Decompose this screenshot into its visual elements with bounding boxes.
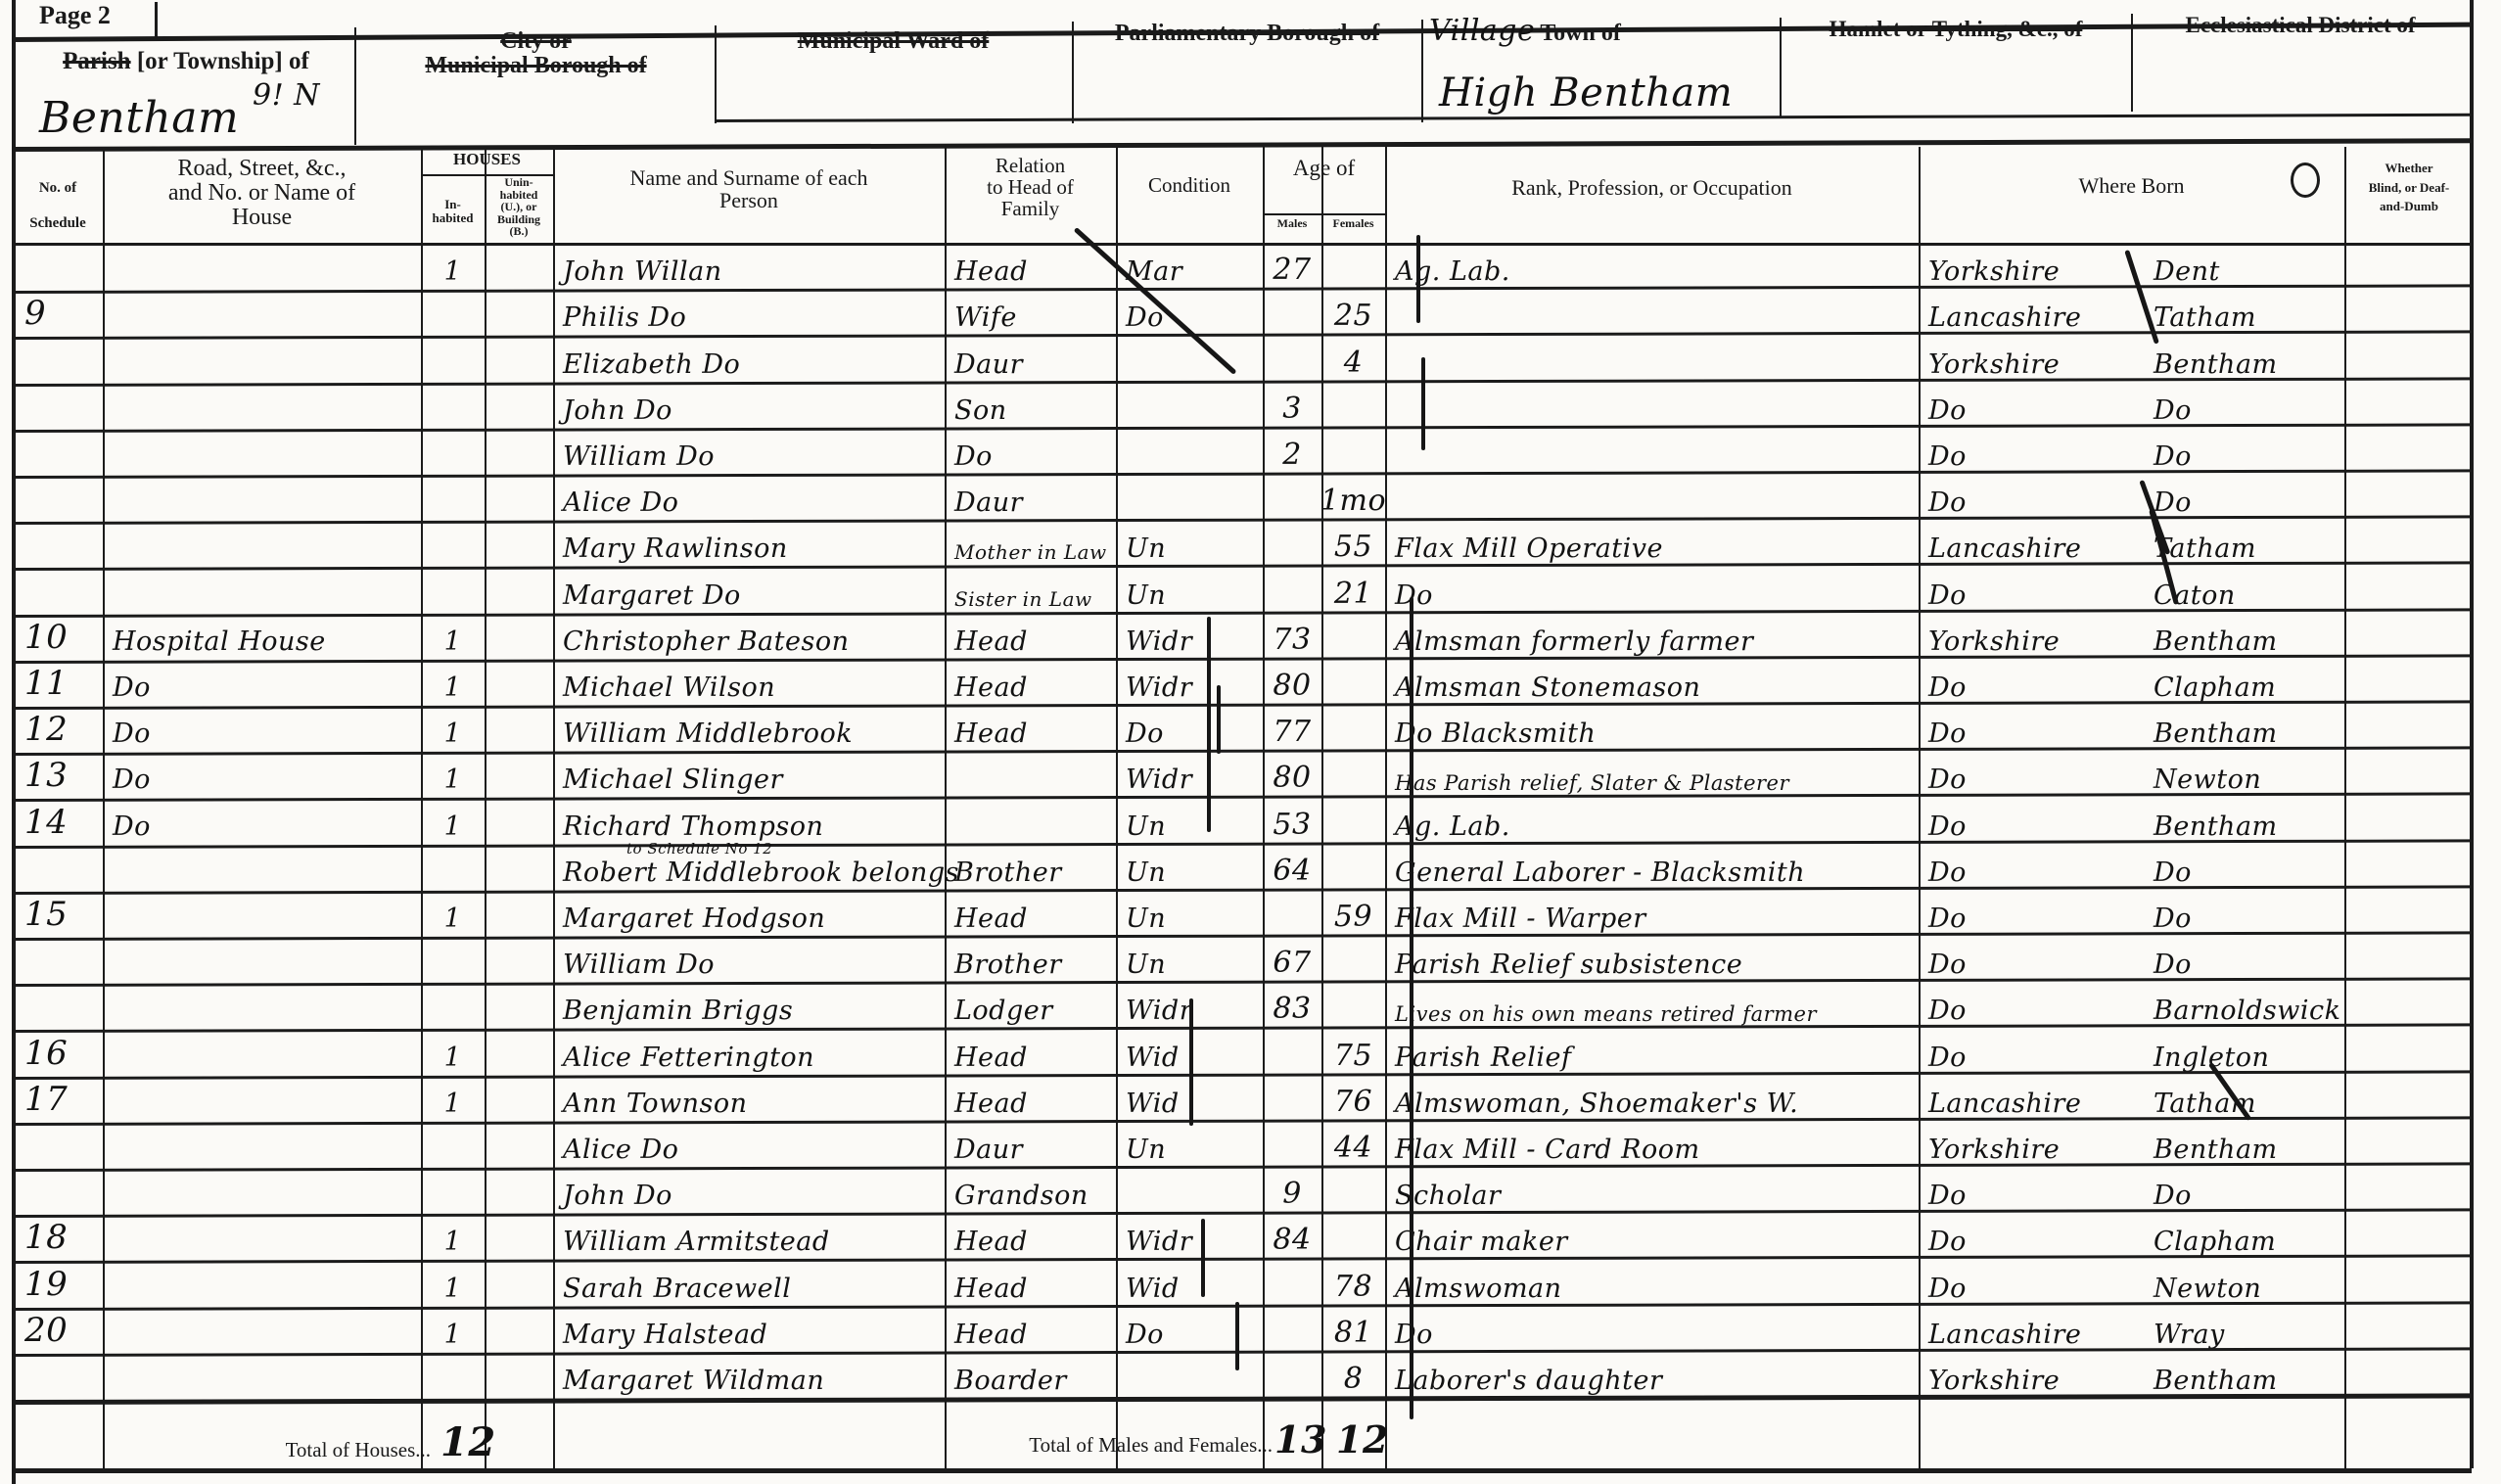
town-label-text: Town of bbox=[1540, 21, 1620, 46]
divider bbox=[354, 27, 356, 145]
cell-inhabited: 1 bbox=[421, 1215, 485, 1261]
cell-condition: Do bbox=[1116, 707, 1263, 753]
town-value: High Bentham bbox=[1439, 70, 1733, 116]
cell-name: Elizabeth Do bbox=[553, 337, 945, 383]
cell-county: Do bbox=[1919, 384, 2144, 430]
cell-road: Do bbox=[103, 661, 421, 707]
cell-uninhab bbox=[485, 846, 553, 892]
cell-road bbox=[103, 846, 421, 892]
cell-schedule: 20 bbox=[15, 1308, 103, 1354]
cell-occupation: Parish Relief subsistence bbox=[1385, 938, 1919, 984]
divider bbox=[715, 25, 717, 123]
cell-uninhab bbox=[485, 707, 553, 753]
divider bbox=[1421, 20, 1423, 122]
cell-relation: Do bbox=[945, 430, 1116, 476]
cell-male: 2 bbox=[1263, 430, 1321, 476]
cell-uninhab bbox=[485, 799, 553, 845]
col-inhabited: In-habited bbox=[421, 198, 485, 224]
cell-uninhab bbox=[485, 245, 553, 291]
cell-female bbox=[1321, 384, 1385, 430]
cell-inhabited: 1 bbox=[421, 707, 485, 753]
cell-male: 3 bbox=[1263, 384, 1321, 430]
cell-inhabited bbox=[421, 1123, 485, 1169]
city-label: City or Municipal Borough of bbox=[362, 29, 710, 78]
ecclesiastical-label: Ecclesiastical District of bbox=[2134, 14, 2467, 37]
cell-uninhab bbox=[485, 1215, 553, 1261]
cell-relation: Mother in Law bbox=[945, 522, 1116, 568]
cell-schedule bbox=[15, 984, 103, 1030]
cell-condition bbox=[1116, 430, 1263, 476]
cell-county: Do bbox=[1919, 1169, 2144, 1215]
cell-inhabited: 1 bbox=[421, 799, 485, 845]
col-name: Name and Surname of eachPerson bbox=[553, 166, 945, 211]
col-relation: Relationto Head ofFamily bbox=[945, 155, 1116, 219]
cell-relation: Daur bbox=[945, 337, 1116, 383]
cell-uninhab bbox=[485, 938, 553, 984]
cell-place: Bentham bbox=[2144, 799, 2344, 845]
cell-county: Lancashire bbox=[1919, 1308, 2144, 1354]
cell-relation bbox=[945, 753, 1116, 799]
cell-place: Bentham bbox=[2144, 337, 2344, 383]
cell-road bbox=[103, 1215, 421, 1261]
cell-male: 73 bbox=[1263, 615, 1321, 661]
cell-condition: Un bbox=[1116, 568, 1263, 614]
cell-female bbox=[1321, 1215, 1385, 1261]
col-uninhabited: Unin-habited(U.), orBuilding(B.) bbox=[485, 176, 553, 238]
cell-relation: Sister in Law bbox=[945, 568, 1116, 614]
cell-condition bbox=[1116, 384, 1263, 430]
cell-road bbox=[103, 245, 421, 291]
total-females-value: 12 bbox=[1336, 1417, 1389, 1461]
cell-relation: Head bbox=[945, 892, 1116, 938]
page-bracket bbox=[147, 2, 158, 37]
parish-label-rest: [or Township] of bbox=[137, 48, 309, 74]
cell-male bbox=[1263, 1354, 1321, 1400]
check-bar bbox=[1235, 1302, 1239, 1370]
cell-occupation: Ag. Lab. bbox=[1385, 245, 1919, 291]
cell-road bbox=[103, 291, 421, 337]
cell-relation: Grandson bbox=[945, 1169, 1116, 1215]
cell-schedule: 16 bbox=[15, 1030, 103, 1076]
cell-male: 27 bbox=[1263, 245, 1321, 291]
cell-occupation: Almsman formerly farmer bbox=[1385, 615, 1919, 661]
cell-county: Do bbox=[1919, 846, 2144, 892]
cell-county: Do bbox=[1919, 476, 2144, 522]
total-houses-label: Total of Houses... bbox=[147, 1439, 431, 1461]
cell-uninhab bbox=[485, 476, 553, 522]
cell-condition: Un bbox=[1116, 846, 1263, 892]
cell-occupation bbox=[1385, 337, 1919, 383]
cell-name: Benjamin Briggs bbox=[553, 984, 945, 1030]
cell-relation: Head bbox=[945, 1077, 1116, 1123]
cell-relation: Head bbox=[945, 1308, 1116, 1354]
col-females: Females bbox=[1321, 217, 1385, 230]
cell-condition: Do bbox=[1116, 1308, 1263, 1354]
check-bar bbox=[1189, 998, 1193, 1126]
cell-county: Yorkshire bbox=[1919, 1354, 2144, 1400]
cell-schedule bbox=[15, 337, 103, 383]
cell-male bbox=[1263, 1077, 1321, 1123]
cell-inhabited bbox=[421, 522, 485, 568]
col-males: Males bbox=[1263, 217, 1321, 230]
cell-name: Margaret Wildman bbox=[553, 1354, 945, 1400]
cell-occupation: Flax Mill - Card Room bbox=[1385, 1123, 1919, 1169]
cell-name: Mary Rawlinson bbox=[553, 522, 945, 568]
cell-occupation: Has Parish relief, Slater & Plasterer bbox=[1385, 753, 1919, 799]
cell-schedule bbox=[15, 1123, 103, 1169]
check-bar bbox=[1207, 617, 1211, 832]
col-age: Age of bbox=[1263, 157, 1385, 180]
cell-female bbox=[1321, 938, 1385, 984]
cell-occupation bbox=[1385, 430, 1919, 476]
cell-relation: Head bbox=[945, 661, 1116, 707]
cell-relation: Head bbox=[945, 1215, 1116, 1261]
cell-name: John Do bbox=[553, 384, 945, 430]
cell-schedule: 10 bbox=[15, 615, 103, 661]
cell-female: 81 bbox=[1321, 1308, 1385, 1354]
cell-road bbox=[103, 384, 421, 430]
cell-male: 64 bbox=[1263, 846, 1321, 892]
cell-road bbox=[103, 938, 421, 984]
cell-road bbox=[103, 1308, 421, 1354]
total-houses-value: 12 bbox=[440, 1419, 496, 1465]
cell-county: Do bbox=[1919, 430, 2144, 476]
cell-inhabited bbox=[421, 291, 485, 337]
col-occupation: Rank, Profession, or Occupation bbox=[1385, 176, 1919, 199]
cell-name: Michael Slinger bbox=[553, 753, 945, 799]
cell-condition: Un bbox=[1116, 522, 1263, 568]
cell-name: William Middlebrook bbox=[553, 707, 945, 753]
cell-place: Newton bbox=[2144, 1261, 2344, 1307]
cell-schedule bbox=[15, 384, 103, 430]
header-rule bbox=[12, 138, 2472, 152]
cell-relation: Head bbox=[945, 615, 1116, 661]
check-bar bbox=[1217, 685, 1221, 754]
cell-condition bbox=[1116, 1169, 1263, 1215]
cell-road bbox=[103, 1077, 421, 1123]
cell-name: William Do bbox=[553, 430, 945, 476]
cell-road bbox=[103, 430, 421, 476]
cell-male bbox=[1263, 291, 1321, 337]
cell-uninhab bbox=[485, 430, 553, 476]
cell-inhabited: 1 bbox=[421, 1030, 485, 1076]
cell-road bbox=[103, 984, 421, 1030]
cell-schedule: 14 bbox=[15, 799, 103, 845]
cell-relation: Head bbox=[945, 245, 1116, 291]
cell-county: Do bbox=[1919, 1215, 2144, 1261]
cell-occupation: Chair maker bbox=[1385, 1215, 1919, 1261]
divider bbox=[1780, 18, 1782, 117]
parish-value: Bentham bbox=[39, 93, 239, 143]
cell-schedule bbox=[15, 568, 103, 614]
parliamentary-label: Parliamentary Borough of bbox=[1075, 22, 1419, 46]
cell-inhabited bbox=[421, 337, 485, 383]
cell-county: Yorkshire bbox=[1919, 337, 2144, 383]
cell-male bbox=[1263, 522, 1321, 568]
cell-occupation: Parish Relief bbox=[1385, 1030, 1919, 1076]
cell-female bbox=[1321, 245, 1385, 291]
census-page: Page 2 Parish [or Township] of Bentham 9… bbox=[0, 0, 2501, 1484]
cell-inhabited: 1 bbox=[421, 661, 485, 707]
cell-condition: Un bbox=[1116, 892, 1263, 938]
cell-inhabited: 1 bbox=[421, 1077, 485, 1123]
cell-occupation: Flax Mill - Warper bbox=[1385, 892, 1919, 938]
cell-occupation: Do Blacksmith bbox=[1385, 707, 1919, 753]
cell-condition: Un bbox=[1116, 938, 1263, 984]
cell-male: 67 bbox=[1263, 938, 1321, 984]
cell-occupation bbox=[1385, 291, 1919, 337]
circle-mark-icon bbox=[2291, 162, 2320, 198]
cell-occupation: Scholar bbox=[1385, 1169, 1919, 1215]
cell-condition: Widr bbox=[1116, 615, 1263, 661]
cell-name: Alice Do bbox=[553, 1123, 945, 1169]
cell-uninhab bbox=[485, 1123, 553, 1169]
cell-road bbox=[103, 476, 421, 522]
cell-road bbox=[103, 892, 421, 938]
cell-male bbox=[1263, 337, 1321, 383]
cell-female bbox=[1321, 753, 1385, 799]
col-where-born: Where Born bbox=[1919, 174, 2344, 197]
cell-schedule bbox=[15, 430, 103, 476]
cell-place: Do bbox=[2144, 846, 2344, 892]
cell-male bbox=[1263, 1030, 1321, 1076]
cell-occupation: Almswoman bbox=[1385, 1261, 1919, 1307]
cell-schedule bbox=[15, 846, 103, 892]
cell-occupation: Do bbox=[1385, 568, 1919, 614]
cell-relation: Son bbox=[945, 384, 1116, 430]
cell-name: Christopher Bateson bbox=[553, 615, 945, 661]
cell-schedule: 15 bbox=[15, 892, 103, 938]
cell-name: Mary Halstead bbox=[553, 1308, 945, 1354]
name-note: to Schedule No 12 bbox=[626, 840, 772, 858]
cell-female: 59 bbox=[1321, 892, 1385, 938]
cell-inhabited bbox=[421, 430, 485, 476]
cell-female bbox=[1321, 846, 1385, 892]
cell-uninhab bbox=[485, 892, 553, 938]
parish-struck-word: Parish bbox=[63, 48, 130, 74]
cell-inhabited bbox=[421, 984, 485, 1030]
col-schedule: No. ofSchedule bbox=[15, 181, 101, 232]
col-condition: Condition bbox=[1116, 174, 1263, 196]
cell-condition: Wid bbox=[1116, 1261, 1263, 1307]
cell-schedule: 17 bbox=[15, 1077, 103, 1123]
cell-relation: Daur bbox=[945, 476, 1116, 522]
cell-inhabited bbox=[421, 568, 485, 614]
cell-schedule: 12 bbox=[15, 707, 103, 753]
cell-female bbox=[1321, 615, 1385, 661]
cell-name: John Willan bbox=[553, 245, 945, 291]
cell-county: Do bbox=[1919, 707, 2144, 753]
cell-relation: Boarder bbox=[945, 1354, 1116, 1400]
cell-female bbox=[1321, 799, 1385, 845]
cell-county: Do bbox=[1919, 568, 2144, 614]
cell-inhabited bbox=[421, 1169, 485, 1215]
cell-schedule: 19 bbox=[15, 1261, 103, 1307]
cell-county: Yorkshire bbox=[1919, 615, 2144, 661]
cell-occupation: Almswoman, Shoemaker's W. bbox=[1385, 1077, 1919, 1123]
cell-uninhab bbox=[485, 984, 553, 1030]
cell-male bbox=[1263, 1308, 1321, 1354]
cell-female: 4 bbox=[1321, 337, 1385, 383]
cell-uninhab bbox=[485, 1077, 553, 1123]
cell-schedule: 9 bbox=[15, 291, 103, 337]
cell-male bbox=[1263, 892, 1321, 938]
cell-county: Lancashire bbox=[1919, 291, 2144, 337]
cell-female: 44 bbox=[1321, 1123, 1385, 1169]
divider bbox=[1072, 22, 1074, 123]
cell-male bbox=[1263, 476, 1321, 522]
col-houses: HOUSES bbox=[421, 151, 553, 168]
cell-schedule: 11 bbox=[15, 661, 103, 707]
cell-name: Alice Do bbox=[553, 476, 945, 522]
cell-inhabited bbox=[421, 476, 485, 522]
check-bar bbox=[1201, 1219, 1205, 1297]
cell-female: 8 bbox=[1321, 1354, 1385, 1400]
cell-condition: Widr bbox=[1116, 753, 1263, 799]
cell-relation: Daur bbox=[945, 1123, 1116, 1169]
cell-male: 77 bbox=[1263, 707, 1321, 753]
cell-place: Ingleton bbox=[2144, 1030, 2344, 1076]
divider bbox=[1263, 213, 1385, 215]
cell-road bbox=[103, 568, 421, 614]
cell-female: 25 bbox=[1321, 291, 1385, 337]
cell-county: Do bbox=[1919, 1261, 2144, 1307]
cell-female: 55 bbox=[1321, 522, 1385, 568]
cell-condition: Widr bbox=[1116, 661, 1263, 707]
cell-schedule bbox=[15, 1354, 103, 1400]
cell-condition: Widr bbox=[1116, 1215, 1263, 1261]
cell-inhabited bbox=[421, 938, 485, 984]
cell-county: Lancashire bbox=[1919, 1077, 2144, 1123]
cell-occupation bbox=[1385, 476, 1919, 522]
town-prefix: Village bbox=[1429, 14, 1535, 48]
cell-condition bbox=[1116, 476, 1263, 522]
cell-uninhab bbox=[485, 337, 553, 383]
cell-female: 76 bbox=[1321, 1077, 1385, 1123]
cell-road bbox=[103, 1261, 421, 1307]
total-persons-label: Total of Males and Females... bbox=[881, 1434, 1273, 1456]
cell-schedule bbox=[15, 245, 103, 291]
cell-road bbox=[103, 1169, 421, 1215]
cell-female bbox=[1321, 1169, 1385, 1215]
cell-uninhab bbox=[485, 291, 553, 337]
cell-male: 83 bbox=[1263, 984, 1321, 1030]
check-bar bbox=[1410, 597, 1413, 1419]
cell-male: 53 bbox=[1263, 799, 1321, 845]
cell-county: Yorkshire bbox=[1919, 1123, 2144, 1169]
cell-occupation bbox=[1385, 384, 1919, 430]
cell-male bbox=[1263, 1261, 1321, 1307]
ward-label: Municipal Ward of bbox=[719, 29, 1067, 54]
col-blind-deaf: WhetherBlind, or Deaf-and-Dumb bbox=[2346, 162, 2472, 213]
cell-condition: Un bbox=[1116, 799, 1263, 845]
cell-inhabited: 1 bbox=[421, 615, 485, 661]
divider bbox=[2131, 14, 2133, 112]
check-bar bbox=[1416, 235, 1420, 323]
cell-road bbox=[103, 1030, 421, 1076]
cell-relation: Head bbox=[945, 1261, 1116, 1307]
cell-male bbox=[1263, 568, 1321, 614]
cell-road bbox=[103, 337, 421, 383]
cell-county: Do bbox=[1919, 753, 2144, 799]
cell-male: 80 bbox=[1263, 753, 1321, 799]
cell-county: Do bbox=[1919, 661, 2144, 707]
cell-place: Do bbox=[2144, 384, 2344, 430]
cell-condition bbox=[1116, 1354, 1263, 1400]
cell-county: Lancashire bbox=[1919, 522, 2144, 568]
cell-condition: Un bbox=[1116, 1123, 1263, 1169]
cell-uninhab bbox=[485, 1308, 553, 1354]
cell-relation: Lodger bbox=[945, 984, 1116, 1030]
cell-inhabited: 1 bbox=[421, 245, 485, 291]
cell-name: Ann Townson bbox=[553, 1077, 945, 1123]
cell-uninhab bbox=[485, 615, 553, 661]
cell-county: Do bbox=[1919, 984, 2144, 1030]
hamlet-label: Hamlet or Tything, &c., of bbox=[1783, 18, 2128, 41]
cell-name: Margaret Hodgson bbox=[553, 892, 945, 938]
cell-uninhab bbox=[485, 1354, 553, 1400]
cell-schedule: 13 bbox=[15, 753, 103, 799]
cell-inhabited: 1 bbox=[421, 1308, 485, 1354]
cell-uninhab bbox=[485, 522, 553, 568]
cell-inhabited bbox=[421, 384, 485, 430]
cell-county: Do bbox=[1919, 938, 2144, 984]
cell-occupation: Ag. Lab. bbox=[1385, 799, 1919, 845]
cell-occupation: Do bbox=[1385, 1308, 1919, 1354]
cell-female: 78 bbox=[1321, 1261, 1385, 1307]
cell-inhabited: 1 bbox=[421, 753, 485, 799]
cell-uninhab bbox=[485, 753, 553, 799]
cell-schedule bbox=[15, 522, 103, 568]
cell-name: Alice Fetterington bbox=[553, 1030, 945, 1076]
parish-label: Parish [or Township] of bbox=[24, 49, 347, 74]
cell-relation: Wife bbox=[945, 291, 1116, 337]
cell-inhabited bbox=[421, 846, 485, 892]
cell-female bbox=[1321, 430, 1385, 476]
cell-road: Do bbox=[103, 799, 421, 845]
cell-uninhab bbox=[485, 1169, 553, 1215]
cell-uninhab bbox=[485, 568, 553, 614]
cell-uninhab bbox=[485, 1261, 553, 1307]
cell-name: Philis Do bbox=[553, 291, 945, 337]
cell-road: Hospital House bbox=[103, 615, 421, 661]
cell-female: 21 bbox=[1321, 568, 1385, 614]
cell-female: 1mo bbox=[1321, 476, 1385, 522]
cell-name: Sarah Bracewell bbox=[553, 1261, 945, 1307]
cell-schedule bbox=[15, 476, 103, 522]
cell-female: 75 bbox=[1321, 1030, 1385, 1076]
cell-uninhab bbox=[485, 384, 553, 430]
cell-male: 80 bbox=[1263, 661, 1321, 707]
cell-occupation: Almsman Stonemason bbox=[1385, 661, 1919, 707]
cell-schedule bbox=[15, 938, 103, 984]
cell-male: 9 bbox=[1263, 1169, 1321, 1215]
cell-relation: Brother bbox=[945, 846, 1116, 892]
col-road: Road, Street, &c.,and No. or Name ofHous… bbox=[103, 157, 421, 231]
cell-relation: Head bbox=[945, 1030, 1116, 1076]
cell-name: William Do bbox=[553, 938, 945, 984]
cell-county: Do bbox=[1919, 892, 2144, 938]
cell-occupation: Lives on his own means retired farmer bbox=[1385, 984, 1919, 1030]
cell-county: Do bbox=[1919, 799, 2144, 845]
bottom-rule bbox=[12, 1468, 2472, 1473]
cell-uninhab bbox=[485, 661, 553, 707]
parish-note: 9! N bbox=[253, 78, 320, 113]
cell-occupation: General Laborer - Blacksmith bbox=[1385, 846, 1919, 892]
cell-inhabited: 1 bbox=[421, 892, 485, 938]
cell-road: Do bbox=[103, 707, 421, 753]
cell-occupation: Flax Mill Operative bbox=[1385, 522, 1919, 568]
